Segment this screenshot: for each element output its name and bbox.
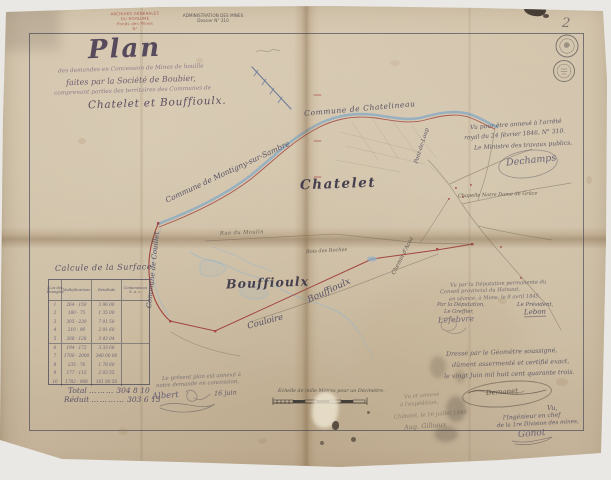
surface-table: N.os des Triangles Multiplications Résul… (48, 279, 150, 385)
table-cell: 235 · 76 (61, 361, 91, 369)
table-cell: 1 35 00 (91, 309, 121, 317)
table-row: 71700 · 2000340 00 00 (49, 352, 149, 360)
table-cell: 6 (49, 344, 61, 352)
table-cell: 340 00 00 (91, 352, 121, 360)
label-chatelet: Chatelet (300, 175, 377, 194)
table-reduit-line: Réduit…………303 6 13 (64, 395, 161, 404)
deputation-left1: Par la Députation, (437, 302, 485, 308)
surface-table-header: N.os des Triangles Multiplications Résul… (49, 280, 149, 301)
surface-table-title: Calcule de la Surface (55, 262, 152, 273)
table-cell: 1782 · 908 (61, 378, 91, 386)
scanned-plan-document: Plan des demandes en Concession de Mines… (0, 0, 611, 480)
table-cell: 161 80 56 (91, 378, 121, 386)
reduit-dots: ………… (91, 395, 125, 404)
paper-sheet: Plan des demandes en Concession de Mines… (0, 0, 611, 480)
table-row: 8235 · 761 78 60 (49, 361, 149, 369)
table-cell: 3 96 00 (91, 301, 121, 309)
table-row: 9177 · 1152 03 55 (49, 369, 149, 377)
table-cell (121, 335, 149, 343)
total-dots: ……… (89, 386, 115, 395)
table-row: 5268 · 1283 43 04 (49, 335, 149, 343)
table-cell: 4 (49, 326, 61, 334)
table-cell (121, 326, 149, 334)
table-cell: 305 · 230 (61, 318, 91, 326)
table-cell: 8 (49, 361, 61, 369)
table-cell: 3 43 04 (91, 335, 121, 343)
table-row: 6194 · 1723 33 68 (49, 343, 149, 352)
table-unit-label: h. a. c. (129, 290, 141, 294)
table-cell: 10 (49, 378, 61, 386)
table-cell: 2 01 60 (91, 326, 121, 334)
table-header-cell: Résultats (91, 280, 121, 300)
table-cell: 7 (49, 352, 61, 360)
table-row: 101782 · 908161 80 56 (49, 378, 149, 386)
table-cell: 5 (49, 335, 61, 343)
table-cell: 2 03 55 (91, 369, 121, 377)
table-header-cell: Multiplications (61, 280, 91, 300)
table-cell: 9 (49, 369, 61, 377)
table-cell: 268 · 128 (61, 335, 91, 343)
table-cell (121, 344, 149, 352)
table-cell (121, 361, 149, 369)
table-cell: 210 · 96 (61, 326, 91, 334)
table-cell: 3 (49, 318, 61, 326)
archive-stamp-dark: ADMINISTRATION DES MINES Dossier N° 310 (176, 13, 250, 24)
table-cell: 1700 · 2000 (61, 352, 91, 360)
table-cell: 1 (49, 301, 61, 309)
reduit-value: 303 6 13 (127, 395, 160, 404)
deputation-president-signature: Lebon (524, 308, 546, 318)
table-cell (121, 318, 149, 326)
table-cell: 177 · 115 (61, 369, 91, 377)
scale-label: Echelle de mille Mètres pour un Décimètr… (278, 389, 364, 394)
label-bouffioulx: Bouffioulx (226, 274, 310, 292)
plan-title: Plan (87, 33, 161, 66)
table-row: 1264 · 1503 96 00 (49, 301, 149, 309)
table-cell: 180 · 75 (61, 309, 91, 317)
table-cell (121, 352, 149, 360)
table-total-line: Total………304 8 10 (68, 386, 150, 395)
table-cell: 1 78 60 (91, 361, 121, 369)
engineer-signature: Gonot (518, 428, 546, 440)
reduit-label: Réduit (64, 395, 89, 404)
table-cell (121, 378, 149, 386)
table-row: 4210 · 962 01 60 (49, 326, 149, 334)
table-cell: 7 01 50 (91, 318, 121, 326)
total-value: 304 8 10 (116, 386, 149, 395)
table-cell: 3 33 68 (91, 344, 121, 352)
table-header-cell: N.os des Triangles (49, 280, 61, 300)
deputation-greffier-signature: Lefebvre (438, 314, 474, 325)
table-header-cell: Contenances h. a. c. (121, 280, 149, 300)
table-row: 2180 · 751 35 00 (49, 309, 149, 317)
applicant-signature-2: 16 juin (214, 388, 237, 397)
total-label: Total (68, 386, 87, 395)
table-cell: 2 (49, 309, 61, 317)
table-cell (121, 369, 149, 377)
page-number: 2 (561, 16, 570, 32)
scale-bar (272, 396, 368, 406)
table-cell (121, 301, 149, 309)
archive-stamp-red: ARCHIVES GÉNÉRALES DU ROYAUME Fonds des … (95, 10, 175, 31)
table-cell: 264 · 150 (61, 301, 91, 309)
table-row: 3305 · 2307 01 50 (49, 318, 149, 326)
table-cell: 194 · 172 (61, 344, 91, 352)
stamp-line: Dossier N° 310 (176, 18, 250, 23)
table-cell (121, 309, 149, 317)
